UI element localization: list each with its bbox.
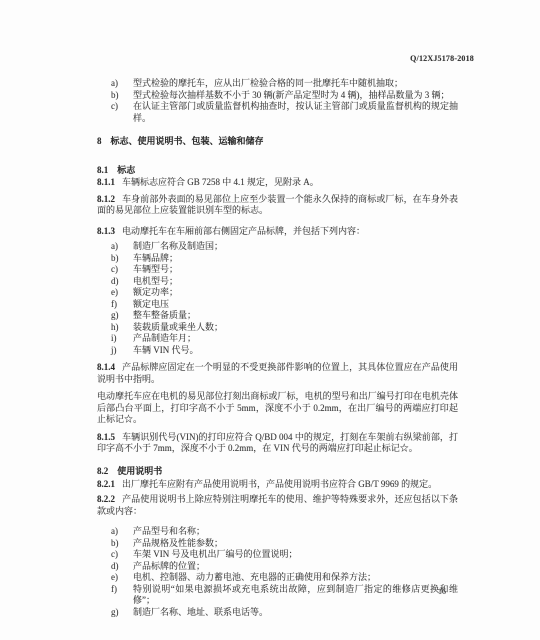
list-item-label: b): [111, 253, 119, 265]
list-item-text: 电机、控制器、动力蓄电池、充电器的正确使用和保养方法；: [133, 572, 376, 582]
list-item: d)电机型号；: [97, 276, 458, 288]
list-item-text: 制造厂名称、地址、联系电话等。: [133, 607, 268, 617]
list-item-text: 在认证主管部门或质量监督机构抽查时，按认证主管部门或质量监督机构的规定抽样。: [133, 101, 458, 123]
clause-number: 8.1.2: [97, 194, 115, 204]
list-item: j)车辆 VIN 代号。: [97, 345, 458, 357]
list-item-text: 车辆型号；: [133, 264, 178, 274]
list-item-label: b): [111, 90, 119, 102]
list-item: e)电机、控制器、动力蓄电池、充电器的正确使用和保养方法；: [97, 572, 458, 584]
list-item-label: c): [111, 549, 118, 561]
clause-text: 出厂摩托车应附有产品使用说明书，产品使用说明书应符合 GB/T 9969 的规定…: [122, 479, 437, 489]
type-inspection-sampling-list: a)型式检验的摩托车，应从出厂检验合格的同一批摩托车中随机抽取；b)型式检验每次…: [97, 78, 458, 124]
document-page: Q/12XJ5178-2018 a)型式检验的摩托车，应从出厂检验合格的同一批摩…: [0, 0, 540, 640]
list-item: a)制造厂名称及制造国；: [97, 241, 458, 253]
list-item-label: e): [111, 287, 118, 299]
list-item: e)额定功率；: [97, 287, 458, 299]
list-item-label: g): [111, 310, 119, 322]
list-item-text: 型式检验每次抽样基数不小于 30 辆(新产品定型时为 4 辆)，抽样品数量为 3…: [133, 90, 450, 100]
list-item: c)车架 VIN 号及电机出厂编号的位置说明；: [97, 549, 458, 561]
list-item: f)额定电压: [97, 299, 458, 311]
list-item: d)产品标牌的位置；: [97, 561, 458, 573]
section-title: 标志、使用说明书、包装、运输和储存: [111, 136, 264, 146]
list-item-label: c): [111, 264, 118, 276]
list-item: h)装载质量或乘坐人数；: [97, 322, 458, 334]
list-item-text: 整车整备质量；: [133, 310, 196, 320]
list-item-text: 产品型号和名称；: [133, 526, 205, 536]
list-item-text: 车辆品牌；: [133, 253, 178, 263]
list-item: a)产品型号和名称；: [97, 526, 458, 538]
list-item-text: 额定电压: [133, 299, 169, 309]
list-item: i)产品制造年月；: [97, 333, 458, 345]
list-item-label: a): [111, 241, 118, 253]
list-item-text: 车架 VIN 号及电机出厂编号的位置说明；: [133, 549, 298, 559]
list-item: f)特别说明“如果电源损坏或充电系统出故障，应到制造厂指定的维修店更换和维修”；: [97, 584, 458, 607]
list-item: g)整车整备质量；: [97, 310, 458, 322]
clause-8-2-2: 8.2.2产品使用说明书上除应特别注明摩托车的使用、维护等特殊要求外，还应包括以…: [97, 494, 458, 517]
list-item: c)在认证主管部门或质量监督机构抽查时，按认证主管部门或质量监督机构的规定抽样。: [97, 101, 458, 124]
clause-text: 车辆识别代号(VIN)的打印应符合 Q/BD 004 中的规定，打刻在车架前右纵…: [97, 432, 458, 454]
list-item-text: 电机型号；: [133, 276, 178, 286]
section-8-heading: 8标志、使用说明书、包装、运输和储存: [97, 135, 458, 147]
nameplate-content-list: a)制造厂名称及制造国；b)车辆品牌；c)车辆型号；d)电机型号；e)额定功率；…: [97, 241, 458, 356]
list-item: b)产品规格及性能参数；: [97, 538, 458, 550]
list-item-label: h): [111, 322, 119, 334]
list-item: b)型式检验每次抽样基数不小于 30 辆(新产品定型时为 4 辆)，抽样品数量为…: [97, 90, 458, 102]
clause-number: 8.1.1: [97, 177, 115, 187]
clause-text: 产品标牌应固定在一个明显的不受更换部件影响的位置上，其具体位置应在产品使用说明书…: [97, 362, 458, 384]
section-8-1-heading: 8.1标志: [97, 164, 458, 176]
list-item-text: 产品制造年月；: [133, 333, 196, 343]
list-item-label: i): [111, 333, 117, 345]
clause-number: 8.2.2: [97, 494, 115, 504]
section-number: 8.1: [97, 165, 108, 175]
clause-8-1-3: 8.1.3电动摩托车在车厢前部右侧固定产品标牌，并包括下列内容：: [97, 226, 458, 238]
list-item-text: 装载质量或乘坐人数；: [133, 322, 223, 332]
list-item-label: f): [111, 299, 117, 311]
clause-number: 8.2.1: [97, 479, 115, 489]
clause-8-1-2: 8.1.2车身前部外表面的易见部位上应至少装置一个能永久保持的商标或厂标，在车身…: [97, 194, 458, 217]
section-8-2-heading: 8.2使用说明书: [97, 465, 458, 477]
clause-text: 电动摩托车在车厢前部右侧固定产品标牌，并包括下列内容：: [122, 226, 365, 236]
page-content: a)型式检验的摩托车，应从出厂检验合格的同一批摩托车中随机抽取；b)型式检验每次…: [97, 74, 458, 618]
clause-8-1-1: 8.1.1车辆标志应符合 GB 7258 中 4.1 规定，见附录 A。: [97, 177, 458, 189]
section-number: 8: [97, 136, 102, 146]
list-item-text: 型式检验的摩托车，应从出厂检验合格的同一批摩托车中随机抽取；: [133, 78, 403, 88]
list-item-label: f): [111, 584, 117, 596]
list-item: a)型式检验的摩托车，应从出厂检验合格的同一批摩托车中随机抽取；: [97, 78, 458, 90]
clause-text: 产品使用说明书上除应特别注明摩托车的使用、维护等特殊要求外，还应包括以下条款或内…: [97, 494, 458, 516]
clause-number: 8.1.4: [97, 362, 115, 372]
list-item: g)制造厂名称、地址、联系电话等。: [97, 607, 458, 619]
list-item-text: 车辆 VIN 代号。: [133, 345, 199, 355]
list-item-label: g): [111, 607, 119, 619]
clause-number: 8.1.5: [97, 432, 115, 442]
clause-8-1-5: 8.1.5车辆识别代号(VIN)的打印应符合 Q/BD 004 中的规定，打刻在…: [97, 432, 458, 455]
clause-8-1-4: 8.1.4产品标牌应固定在一个明显的不受更换部件影响的位置上，其具体位置应在产品…: [97, 362, 458, 385]
clause-number: 8.1.3: [97, 226, 115, 236]
list-item-text: 制造厂名称及制造国；: [133, 241, 223, 251]
list-item-label: e): [111, 572, 118, 584]
clause-text: 车身前部外表面的易见部位上应至少装置一个能永久保持的商标或厂标，在车身外表面的易…: [97, 194, 458, 216]
list-item-label: d): [111, 276, 119, 288]
list-item-label: d): [111, 561, 119, 573]
list-item-label: c): [111, 101, 118, 113]
list-item: c)车辆型号；: [97, 264, 458, 276]
list-item-text: 产品标牌的位置；: [133, 561, 205, 571]
list-item-text: 产品规格及性能参数；: [133, 538, 223, 548]
section-title: 使用说明书: [117, 466, 162, 476]
list-item: b)车辆品牌；: [97, 253, 458, 265]
manual-content-list: a)产品型号和名称；b)产品规格及性能参数；c)车架 VIN 号及电机出厂编号的…: [97, 526, 458, 618]
list-item-label: a): [111, 526, 118, 538]
page-number: 16: [438, 587, 446, 596]
clause-8-2-1: 8.2.1出厂摩托车应附有产品使用说明书，产品使用说明书应符合 GB/T 996…: [97, 479, 458, 491]
list-item-label: a): [111, 78, 118, 90]
list-item-label: b): [111, 538, 119, 550]
document-number: Q/12XJ5178-2018: [410, 54, 474, 63]
list-item-text: 额定功率；: [133, 287, 178, 297]
list-item-text: 特别说明“如果电源损坏或充电系统出故障，应到制造厂指定的维修店更换和维修”；: [133, 584, 458, 606]
section-number: 8.2: [97, 466, 108, 476]
clause-text: 车辆标志应符合 GB 7258 中 4.1 规定，见附录 A。: [122, 177, 319, 187]
list-item-label: j): [111, 345, 117, 357]
clause-8-1-4-note: 电动摩托车应在电机的易见部位打刻出商标或厂标，电机的型号和出厂编号打印在电机壳体…: [97, 391, 458, 426]
section-title: 标志: [117, 165, 135, 175]
